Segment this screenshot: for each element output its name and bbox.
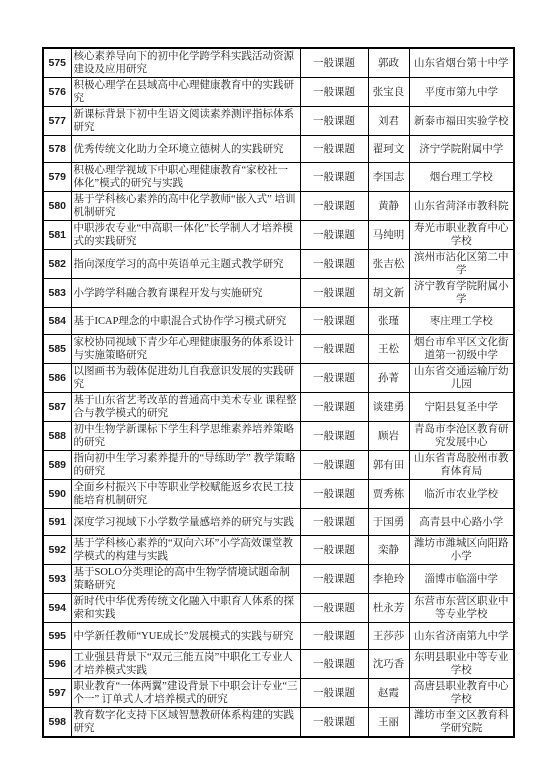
- table-row: 593 基于SOLO分类理论的高中生物学情境试题命制策略研究 一般课题 李艳玲 …: [43, 565, 514, 594]
- table-row: 589 指向初中生学习素养提升的“导练助学” 教学策略的研究 一般课题 郭有田 …: [43, 451, 514, 480]
- project-title-cell: 新时代中华优秀传统文化融入中职育人体系的探索和实践: [71, 594, 300, 623]
- project-title-cell: 积极心理学在县域高中心理健康教育中的实践研究: [71, 78, 300, 107]
- project-title-cell: 基于ICAP理念的中职混合式协作学习模式研究: [71, 308, 300, 335]
- category-cell: 一般课题: [300, 279, 368, 308]
- row-number-cell: 596: [43, 650, 71, 679]
- project-title-cell: 工业强县背景下“双元三能五岗”中职化工专业人才培养模式实践: [71, 650, 300, 679]
- table-row: 587 基于山东省艺考改革的普通高中美术专业 课程整合与教学模式的研究 一般课题…: [43, 393, 514, 422]
- project-title-cell: 核心素养导向下的初中化学跨学科实践活动资源建设及应用研究: [71, 48, 300, 78]
- project-title-cell: 指向深度学习的高中英语单元主题式教学研究: [71, 250, 300, 279]
- row-number-cell: 585: [43, 335, 71, 364]
- institution-cell: 山东省菏泽市教科院: [409, 192, 514, 221]
- institution-cell: 滨州市沾化区第二中学: [409, 250, 514, 279]
- row-number-cell: 578: [43, 136, 71, 163]
- row-number-cell: 589: [43, 451, 71, 480]
- category-cell: 一般课题: [300, 308, 368, 335]
- leader-name-cell: 赵霞: [368, 679, 409, 708]
- leader-name-cell: 翟珂文: [368, 136, 409, 163]
- category-cell: 一般课题: [300, 623, 368, 650]
- category-cell: 一般课题: [300, 48, 368, 78]
- institution-cell: 淄博市临淄中学: [409, 565, 514, 594]
- institution-cell: 烟台理工学校: [409, 163, 514, 192]
- row-number-cell: 595: [43, 623, 71, 650]
- table-row: 577 新课标背景下初中生语文阅读素养测评指标体系研究 一般课题 刘君 新泰市福…: [43, 107, 514, 136]
- row-number-cell: 590: [43, 480, 71, 509]
- category-cell: 一般课题: [300, 107, 368, 136]
- category-cell: 一般课题: [300, 422, 368, 451]
- project-title-cell: 基于学科核心素养的高中化学教师“嵌入式” 培训机制研究: [71, 192, 300, 221]
- table-row: 597 职业教育“一体两翼”建设背景下中职会计专业“三个一” 订单式人才培养模式…: [43, 679, 514, 708]
- row-number-cell: 588: [43, 422, 71, 451]
- institution-cell: 青岛市李沧区教育研究发展中心: [409, 422, 514, 451]
- table-row: 575 核心素养导向下的初中化学跨学科实践活动资源建设及应用研究 一般课题 郭政…: [43, 48, 514, 78]
- row-number-cell: 593: [43, 565, 71, 594]
- category-cell: 一般课题: [300, 480, 368, 509]
- category-cell: 一般课题: [300, 136, 368, 163]
- institution-cell: 枣庄理工学校: [409, 308, 514, 335]
- table-row: 590 全面乡村振兴下中等职业学校赋能返乡农民工技能培育机制研究 一般课题 贾秀…: [43, 480, 514, 509]
- table-row: 592 基于学科核心素养的“双向六环”小学高效课堂教学模式的构建与实践 一般课题…: [43, 536, 514, 565]
- row-number-cell: 597: [43, 679, 71, 708]
- table-row: 580 基于学科核心素养的高中化学教师“嵌入式” 培训机制研究 一般课题 黄静 …: [43, 192, 514, 221]
- category-cell: 一般课题: [300, 565, 368, 594]
- table-row: 596 工业强县背景下“双元三能五岗”中职化工专业人才培养模式实践 一般课题 沈…: [43, 650, 514, 679]
- row-number-cell: 591: [43, 509, 71, 536]
- category-cell: 一般课题: [300, 393, 368, 422]
- row-number-cell: 592: [43, 536, 71, 565]
- leader-name-cell: 王丽: [368, 708, 409, 738]
- institution-cell: 烟台市牟平区文化街道第一初级中学: [409, 335, 514, 364]
- project-title-cell: 家校协同视域下青少年心理健康服务的体系设计与实施策略研究: [71, 335, 300, 364]
- table-row: 584 基于ICAP理念的中职混合式协作学习模式研究 一般课题 张瑾 枣庄理工学…: [43, 308, 514, 335]
- category-cell: 一般课题: [300, 221, 368, 250]
- table-row: 585 家校协同视域下青少年心理健康服务的体系设计与实施策略研究 一般课题 王松…: [43, 335, 514, 364]
- project-title-cell: 深度学习视域下小学数学量感培养的研究与实践: [71, 509, 300, 536]
- row-number-cell: 579: [43, 163, 71, 192]
- table-row: 598 教育数字化支持下区域智慧教研体系构建的实践研究 一般课题 王丽 潍坊市奎…: [43, 708, 514, 738]
- row-number-cell: 584: [43, 308, 71, 335]
- institution-cell: 高青县中心路小学: [409, 509, 514, 536]
- institution-cell: 潍坊市潍城区向阳路小学: [409, 536, 514, 565]
- category-cell: 一般课题: [300, 192, 368, 221]
- institution-cell: 济宁学院附属中学: [409, 136, 514, 163]
- institution-cell: 寿光市职业教育中心学校: [409, 221, 514, 250]
- project-title-cell: 基于山东省艺考改革的普通高中美术专业 课程整合与教学模式的研究: [71, 393, 300, 422]
- project-title-cell: 教育数字化支持下区域智慧教研体系构建的实践研究: [71, 708, 300, 738]
- category-cell: 一般课题: [300, 364, 368, 393]
- table-row: 576 积极心理学在县域高中心理健康教育中的实践研究 一般课题 张宝良 平度市第…: [43, 78, 514, 107]
- row-number-cell: 580: [43, 192, 71, 221]
- row-number-cell: 582: [43, 250, 71, 279]
- institution-cell: 东明县职业中等专业学校: [409, 650, 514, 679]
- leader-name-cell: 张吉松: [368, 250, 409, 279]
- row-number-cell: 583: [43, 279, 71, 308]
- institution-cell: 新泰市福田实验学校: [409, 107, 514, 136]
- category-cell: 一般课题: [300, 335, 368, 364]
- leader-name-cell: 王莎莎: [368, 623, 409, 650]
- table-row: 581 中职涉农专业“中高职一体化”长学制人才培养模式的实践研究 一般课题 马纯…: [43, 221, 514, 250]
- row-number-cell: 586: [43, 364, 71, 393]
- table-row: 588 初中生物学新课标下学生科学思维素养培养策略的研究 一般课题 顾岩 青岛市…: [43, 422, 514, 451]
- institution-cell: 宁阳县复圣中学: [409, 393, 514, 422]
- category-cell: 一般课题: [300, 650, 368, 679]
- institution-cell: 平度市第九中学: [409, 78, 514, 107]
- project-title-cell: 小学跨学科融合教育课程开发与实施研究: [71, 279, 300, 308]
- project-title-cell: 中学新任教师“YUE成长”发展模式的实践与研究: [71, 623, 300, 650]
- institution-cell: 山东省交通运输厅幼儿园: [409, 364, 514, 393]
- institution-cell: 山东省济南第九中学: [409, 623, 514, 650]
- institution-cell: 山东省烟台第十中学: [409, 48, 514, 78]
- table-row: 594 新时代中华优秀传统文化融入中职育人体系的探索和实践 一般课题 杜永芳 东…: [43, 594, 514, 623]
- project-title-cell: 中职涉农专业“中高职一体化”长学制人才培养模式的实践研究: [71, 221, 300, 250]
- row-number-cell: 594: [43, 594, 71, 623]
- project-title-cell: 基于学科核心素养的“双向六环”小学高效课堂教学模式的构建与实践: [71, 536, 300, 565]
- table-row: 583 小学跨学科融合教育课程开发与实施研究 一般课题 胡文新 济宁教育学院附属…: [43, 279, 514, 308]
- project-title-cell: 以图画书为载体促进幼儿自我意识发展的实践研究: [71, 364, 300, 393]
- category-cell: 一般课题: [300, 451, 368, 480]
- institution-cell: 潍坊市奎文区教育科学研究院: [409, 708, 514, 738]
- category-cell: 一般课题: [300, 536, 368, 565]
- category-cell: 一般课题: [300, 679, 368, 708]
- row-number-cell: 587: [43, 393, 71, 422]
- table-row: 579 积极心理学视域下中职心理健康教育“家校社一体化”模式的研究与实践 一般课…: [43, 163, 514, 192]
- leader-name-cell: 孙菁: [368, 364, 409, 393]
- leader-name-cell: 杜永芳: [368, 594, 409, 623]
- leader-name-cell: 李国志: [368, 163, 409, 192]
- leader-name-cell: 谈建勇: [368, 393, 409, 422]
- row-number-cell: 581: [43, 221, 71, 250]
- table-row: 595 中学新任教师“YUE成长”发展模式的实践与研究 一般课题 王莎莎 山东省…: [43, 623, 514, 650]
- leader-name-cell: 栾静: [368, 536, 409, 565]
- table-row: 591 深度学习视域下小学数学量感培养的研究与实践 一般课题 于国勇 高青县中心…: [43, 509, 514, 536]
- project-title-cell: 初中生物学新课标下学生科学思维素养培养策略的研究: [71, 422, 300, 451]
- project-title-cell: 新课标背景下初中生语文阅读素养测评指标体系研究: [71, 107, 300, 136]
- projects-table-body: 575 核心素养导向下的初中化学跨学科实践活动资源建设及应用研究 一般课题 郭政…: [43, 48, 514, 737]
- projects-table: 575 核心素养导向下的初中化学跨学科实践活动资源建设及应用研究 一般课题 郭政…: [42, 47, 515, 738]
- category-cell: 一般课题: [300, 78, 368, 107]
- project-title-cell: 积极心理学视域下中职心理健康教育“家校社一体化”模式的研究与实践: [71, 163, 300, 192]
- institution-cell: 山东省青岛胶州市教育体育局: [409, 451, 514, 480]
- institution-cell: 临沂市农业学校: [409, 480, 514, 509]
- row-number-cell: 598: [43, 708, 71, 738]
- table-row: 578 优秀传统文化助力全环境立德树人的实践研究 一般课题 翟珂文 济宁学院附属…: [43, 136, 514, 163]
- project-title-cell: 基于SOLO分类理论的高中生物学情境试题命制策略研究: [71, 565, 300, 594]
- leader-name-cell: 顾岩: [368, 422, 409, 451]
- institution-cell: 高唐县职业教育中心学校: [409, 679, 514, 708]
- document-page: 575 核心素养导向下的初中化学跨学科实践活动资源建设及应用研究 一般课题 郭政…: [0, 0, 554, 783]
- row-number-cell: 576: [43, 78, 71, 107]
- table-row: 586 以图画书为载体促进幼儿自我意识发展的实践研究 一般课题 孙菁 山东省交通…: [43, 364, 514, 393]
- leader-name-cell: 张瑾: [368, 308, 409, 335]
- category-cell: 一般课题: [300, 708, 368, 738]
- project-title-cell: 指向初中生学习素养提升的“导练助学” 教学策略的研究: [71, 451, 300, 480]
- leader-name-cell: 郭有田: [368, 451, 409, 480]
- leader-name-cell: 胡文新: [368, 279, 409, 308]
- category-cell: 一般课题: [300, 163, 368, 192]
- leader-name-cell: 王松: [368, 335, 409, 364]
- project-title-cell: 优秀传统文化助力全环境立德树人的实践研究: [71, 136, 300, 163]
- leader-name-cell: 于国勇: [368, 509, 409, 536]
- leader-name-cell: 刘君: [368, 107, 409, 136]
- row-number-cell: 575: [43, 48, 71, 78]
- project-title-cell: 职业教育“一体两翼”建设背景下中职会计专业“三个一” 订单式人才培养模式的研究: [71, 679, 300, 708]
- row-number-cell: 577: [43, 107, 71, 136]
- leader-name-cell: 马纯明: [368, 221, 409, 250]
- institution-cell: 东营市东营区职业中等专业学校: [409, 594, 514, 623]
- leader-name-cell: 贾秀栋: [368, 480, 409, 509]
- table-row: 582 指向深度学习的高中英语单元主题式教学研究 一般课题 张吉松 滨州市沾化区…: [43, 250, 514, 279]
- category-cell: 一般课题: [300, 594, 368, 623]
- category-cell: 一般课题: [300, 509, 368, 536]
- leader-name-cell: 张宝良: [368, 78, 409, 107]
- leader-name-cell: 黄静: [368, 192, 409, 221]
- leader-name-cell: 郭政: [368, 48, 409, 78]
- leader-name-cell: 沈巧香: [368, 650, 409, 679]
- institution-cell: 济宁教育学院附属小学: [409, 279, 514, 308]
- project-title-cell: 全面乡村振兴下中等职业学校赋能返乡农民工技能培育机制研究: [71, 480, 300, 509]
- leader-name-cell: 李艳玲: [368, 565, 409, 594]
- category-cell: 一般课题: [300, 250, 368, 279]
